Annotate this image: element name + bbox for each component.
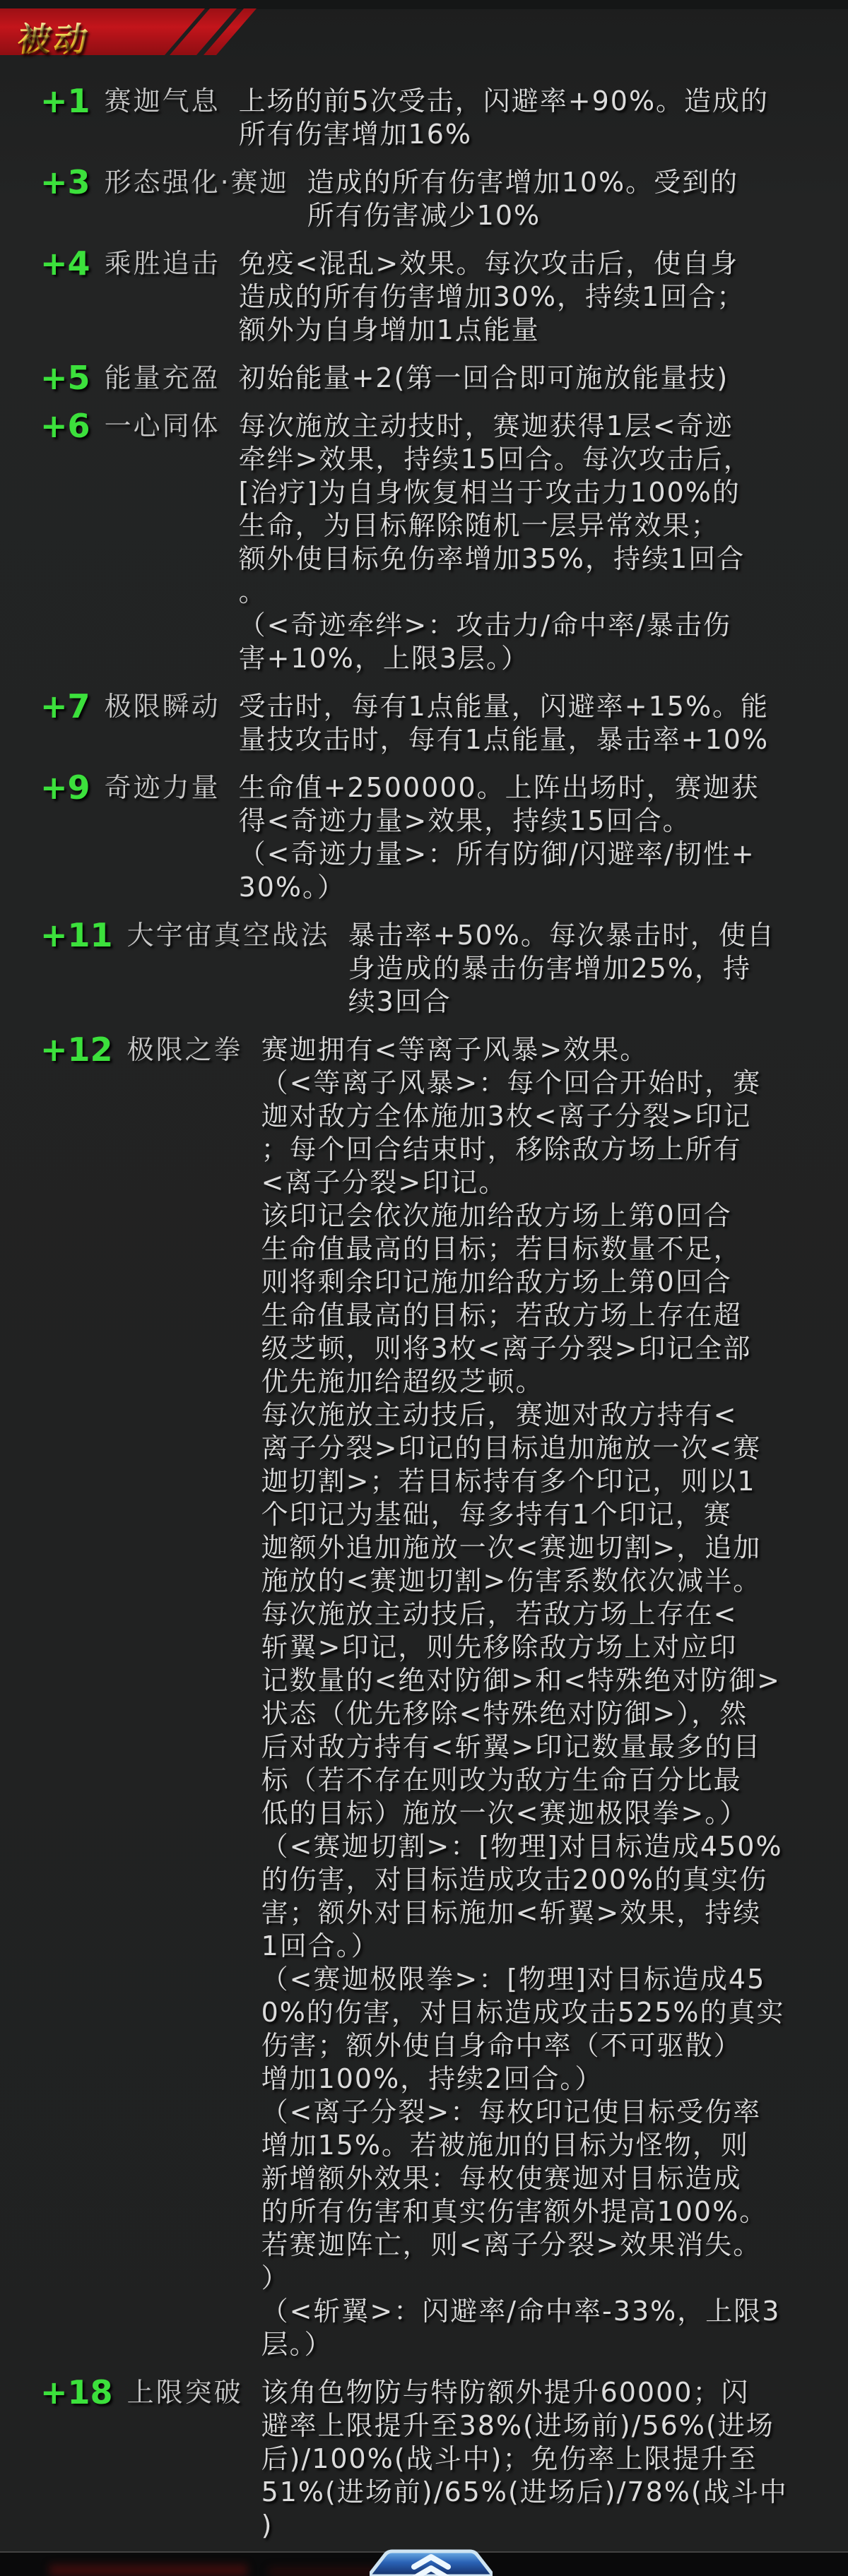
- desc-line: 暴击率+50%。每次暴击时，使自: [348, 919, 770, 952]
- desc-line: 额外使目标免伤率增加35%，持续1回合: [239, 542, 770, 576]
- cropped-red-decoration: [49, 2565, 247, 2576]
- skill-description: 造成的所有伤害增加10%。受到的所有伤害减少10%: [307, 166, 770, 232]
- desc-line: 迦切割>；若目标持有多个印记，则以1: [261, 1465, 770, 1498]
- skill-name: 能量充盈: [105, 362, 220, 395]
- desc-line: 续3回合: [348, 985, 770, 1019]
- skill-level: +18: [40, 2376, 113, 2409]
- skill-description: 免疫<混乱>效果。每次攻击后，使自身造成的所有伤害增加30%，持续1回合；额外为…: [239, 247, 770, 347]
- desc-line: 上场的前5次受击，闪避率+90%。造成的: [239, 85, 770, 118]
- skill-description: 每次施放主动技时，赛迦获得1层<奇迹牵绊>效果，持续15回合。每次攻击后，[治疗…: [239, 410, 770, 675]
- desc-line: 。: [239, 576, 770, 609]
- desc-line: <离子分裂>印记。: [261, 1166, 770, 1199]
- skill-row: +1 赛迦气息 上场的前5次受击，闪避率+90%。造成的所有伤害增加16%: [40, 85, 770, 151]
- skill-row: +18 上限突破 该角色物防与特防额外提升60000；闪避率上限提升至38%(进…: [40, 2376, 770, 2542]
- skill-row: +7 极限瞬动 受击时，每有1点能量，闪避率+15%。能量技攻击时，每有1点能量…: [40, 690, 770, 756]
- desc-line: 低的目标）施放一次<赛迦极限拳>。）: [261, 1797, 770, 1830]
- desc-line: 该角色物防与特防额外提升60000；闪: [261, 2376, 770, 2409]
- desc-line: 每次施放主动技后，若敌方场上存在<: [261, 1598, 770, 1631]
- desc-line: 个印记为基础，每多持有1个印记，赛: [261, 1498, 770, 1531]
- skill-name: 形态强化·赛迦: [105, 166, 289, 199]
- desc-line: 害；额外对目标施加<斩翼>效果，持续: [261, 1897, 770, 1930]
- skill-row: +6 一心同体 每次施放主动技时，赛迦获得1层<奇迹牵绊>效果，持续15回合。每…: [40, 410, 770, 675]
- desc-line: （<赛迦切割>：[物理]对目标造成450%: [261, 1830, 770, 1863]
- scroll-top-button[interactable]: [370, 2549, 493, 2576]
- desc-line: 赛迦拥有<等离子风暴>效果。: [261, 1033, 770, 1067]
- desc-line: 所有伤害增加16%: [239, 118, 770, 151]
- desc-line: 得<奇迹力量>效果，持续15回合。: [239, 805, 770, 838]
- skill-description: 初始能量+2(第一回合即可施放能量技): [239, 362, 770, 395]
- skill-description: 赛迦拥有<等离子风暴>效果。（<等离子风暴>：每个回合开始时，赛迦对敌方全体施加…: [261, 1033, 770, 2361]
- desc-line: 害+10%，上限3层。）: [239, 642, 770, 675]
- desc-line: 则将剩余印记施加给敌方场上第0回合: [261, 1266, 770, 1299]
- desc-line: 的伤害，对目标造成攻击200%的真实伤: [261, 1863, 770, 1897]
- desc-line: 记数量的<绝对防御>和<特殊绝对防御>: [261, 1664, 770, 1697]
- skill-level: +9: [40, 771, 90, 805]
- skill-description: 上场的前5次受击，闪避率+90%。造成的所有伤害增加16%: [239, 85, 770, 151]
- skill-row: +4 乘胜追击 免疫<混乱>效果。每次攻击后，使自身造成的所有伤害增加30%，持…: [40, 247, 770, 347]
- desc-line: 每次施放主动技时，赛迦获得1层<奇迹: [239, 410, 770, 443]
- skill-name: 大宇宙真空战法: [127, 919, 330, 952]
- desc-line: 状态（优先移除<特殊绝对防御>），然: [261, 1697, 770, 1731]
- desc-line: 1回合。）: [261, 1930, 770, 1963]
- skill-row: +9 奇迹力量 生命值+2500000。上阵出场时，赛迦获得<奇迹力量>效果，持…: [40, 771, 770, 904]
- desc-line: ): [261, 2509, 770, 2542]
- desc-line: 增加100%，持续2回合。）: [261, 2062, 770, 2096]
- skill-name: 极限之拳: [127, 1033, 243, 1067]
- desc-line: 伤害；额外使自身命中率（不可驱散）: [261, 2029, 770, 2062]
- skill-name: 乘胜追击: [105, 247, 220, 280]
- desc-line: 造成的所有伤害增加30%，持续1回合；: [239, 280, 770, 314]
- skill-name: 一心同体: [105, 410, 220, 443]
- desc-line: 级芝顿，则将3枚<离子分裂>印记全部: [261, 1332, 770, 1365]
- desc-line: 施放的<赛迦切割>伤害系数依次减半。: [261, 1565, 770, 1598]
- desc-line: 生命值最高的目标；若目标数量不足，: [261, 1233, 770, 1266]
- skill-name: 上限突破: [127, 2376, 243, 2409]
- desc-line: 后)/100%(战斗中)；免伤率上限提升至: [261, 2443, 770, 2476]
- desc-line: 增加15%。若被施加的目标为怪物，则: [261, 2129, 770, 2162]
- desc-line: 造成的所有伤害增加10%。受到的: [307, 166, 770, 199]
- skill-row: +5 能量充盈 初始能量+2(第一回合即可施放能量技): [40, 362, 770, 395]
- desc-line: ）: [261, 2262, 770, 2295]
- skill-name: 极限瞬动: [105, 690, 220, 723]
- skill-name: 奇迹力量: [105, 771, 220, 805]
- skill-level: +7: [40, 690, 90, 723]
- desc-line: ；每个回合结束时，移除敌方场上所有: [261, 1133, 770, 1166]
- desc-line: 量技攻击时，每有1点能量，暴击率+10%: [239, 723, 770, 756]
- skill-level: +11: [40, 919, 113, 952]
- desc-line: （<赛迦极限拳>：[物理]对目标造成45: [261, 1963, 770, 1996]
- desc-line: 51%(进场前)/65%(进场后)/78%(战斗中: [261, 2476, 770, 2509]
- desc-line: 的所有伤害和真实伤害额外提高100%。: [261, 2195, 770, 2228]
- desc-line: 身造成的暴击伤害增加25%，持: [348, 952, 770, 985]
- desc-line: 额外为自身增加1点能量: [239, 314, 770, 347]
- skill-level: +1: [40, 85, 90, 118]
- skill-row: +3 形态强化·赛迦 造成的所有伤害增加10%。受到的所有伤害减少10%: [40, 166, 770, 232]
- desc-line: （<奇迹牵绊>：攻击力/命中率/暴击伤: [239, 609, 770, 642]
- skill-name: 赛迦气息: [105, 85, 220, 118]
- skill-description: 受击时，每有1点能量，闪避率+15%。能量技攻击时，每有1点能量，暴击率+10%: [239, 690, 770, 756]
- desc-line: 受击时，每有1点能量，闪避率+15%。能: [239, 690, 770, 723]
- desc-line: 30%。）: [239, 871, 770, 904]
- desc-line: （<斩翼>：闪避率/命中率-33%，上限3: [261, 2295, 770, 2328]
- desc-line: 牵绊>效果，持续15回合。每次攻击后，: [239, 443, 770, 476]
- desc-line: 迦对敌方全体施加3枚<离子分裂>印记: [261, 1100, 770, 1133]
- desc-line: 层。）: [261, 2328, 770, 2361]
- passive-skills-panel: 被动 +1 赛迦气息 上场的前5次受击，闪避率+90%。造成的所有伤害增加16%…: [0, 0, 848, 2551]
- desc-line: 所有伤害减少10%: [307, 199, 770, 232]
- desc-line: 0%的伤害，对目标造成攻击525%的真实: [261, 1996, 770, 2029]
- desc-line: 后对敌方持有<斩翼>印记数量最多的目: [261, 1731, 770, 1764]
- passive-banner: 被动: [0, 8, 283, 55]
- desc-line: 斩翼>印记，则先移除敌方场上对应印: [261, 1631, 770, 1664]
- desc-line: （<奇迹力量>：所有防御/闪避率/韧性+: [239, 838, 770, 871]
- skill-level: +4: [40, 247, 90, 280]
- desc-line: 生命，为目标解除随机一层异常效果；: [239, 509, 770, 542]
- desc-line: 免疫<混乱>效果。每次攻击后，使自身: [239, 247, 770, 280]
- skill-level: +3: [40, 166, 90, 199]
- skills-scroll-area[interactable]: +1 赛迦气息 上场的前5次受击，闪避率+90%。造成的所有伤害增加16% +3…: [40, 85, 770, 2557]
- desc-line: 标（若不存在则改为敌方生命百分比最: [261, 1764, 770, 1797]
- skill-description: 生命值+2500000。上阵出场时，赛迦获得<奇迹力量>效果，持续15回合。（<…: [239, 771, 770, 904]
- desc-line: 迦额外追加施放一次<赛迦切割>，追加: [261, 1531, 770, 1565]
- desc-line: （<等离子风暴>：每个回合开始时，赛: [261, 1067, 770, 1100]
- desc-line: 生命值+2500000。上阵出场时，赛迦获: [239, 771, 770, 805]
- desc-line: 优先施加给超级芝顿。: [261, 1365, 770, 1399]
- desc-line: 避率上限提升至38%(进场前)/56%(进场: [261, 2409, 770, 2443]
- skill-row: +12 极限之拳 赛迦拥有<等离子风暴>效果。（<等离子风暴>：每个回合开始时，…: [40, 1033, 770, 2361]
- desc-line: （<离子分裂>：每枚印记使目标受伤率: [261, 2096, 770, 2129]
- skill-description: 该角色物防与特防额外提升60000；闪避率上限提升至38%(进场前)/56%(进…: [261, 2376, 770, 2542]
- panel-title: 被动: [15, 13, 93, 61]
- desc-line: 离子分裂>印记的目标追加施放一次<赛: [261, 1432, 770, 1465]
- desc-line: 新增额外效果：每枚使赛迦对目标造成: [261, 2162, 770, 2195]
- desc-line: 若赛迦阵亡，则<离子分裂>效果消失。: [261, 2228, 770, 2262]
- skill-description: 暴击率+50%。每次暴击时，使自身造成的暴击伤害增加25%，持续3回合: [348, 919, 770, 1019]
- desc-line: 该印记会依次施加给敌方场上第0回合: [261, 1199, 770, 1233]
- skill-level: +6: [40, 410, 90, 443]
- desc-line: [治疗]为自身恢复相当于攻击力100%的: [239, 476, 770, 509]
- desc-line: 初始能量+2(第一回合即可施放能量技): [239, 362, 770, 395]
- skill-row: +11 大宇宙真空战法 暴击率+50%。每次暴击时，使自身造成的暴击伤害增加25…: [40, 919, 770, 1019]
- skill-level: +5: [40, 362, 90, 395]
- skill-level: +12: [40, 1033, 113, 1067]
- desc-line: 生命值最高的目标；若敌方场上存在超: [261, 1299, 770, 1332]
- desc-line: 每次施放主动技后，赛迦对敌方持有<: [261, 1399, 770, 1432]
